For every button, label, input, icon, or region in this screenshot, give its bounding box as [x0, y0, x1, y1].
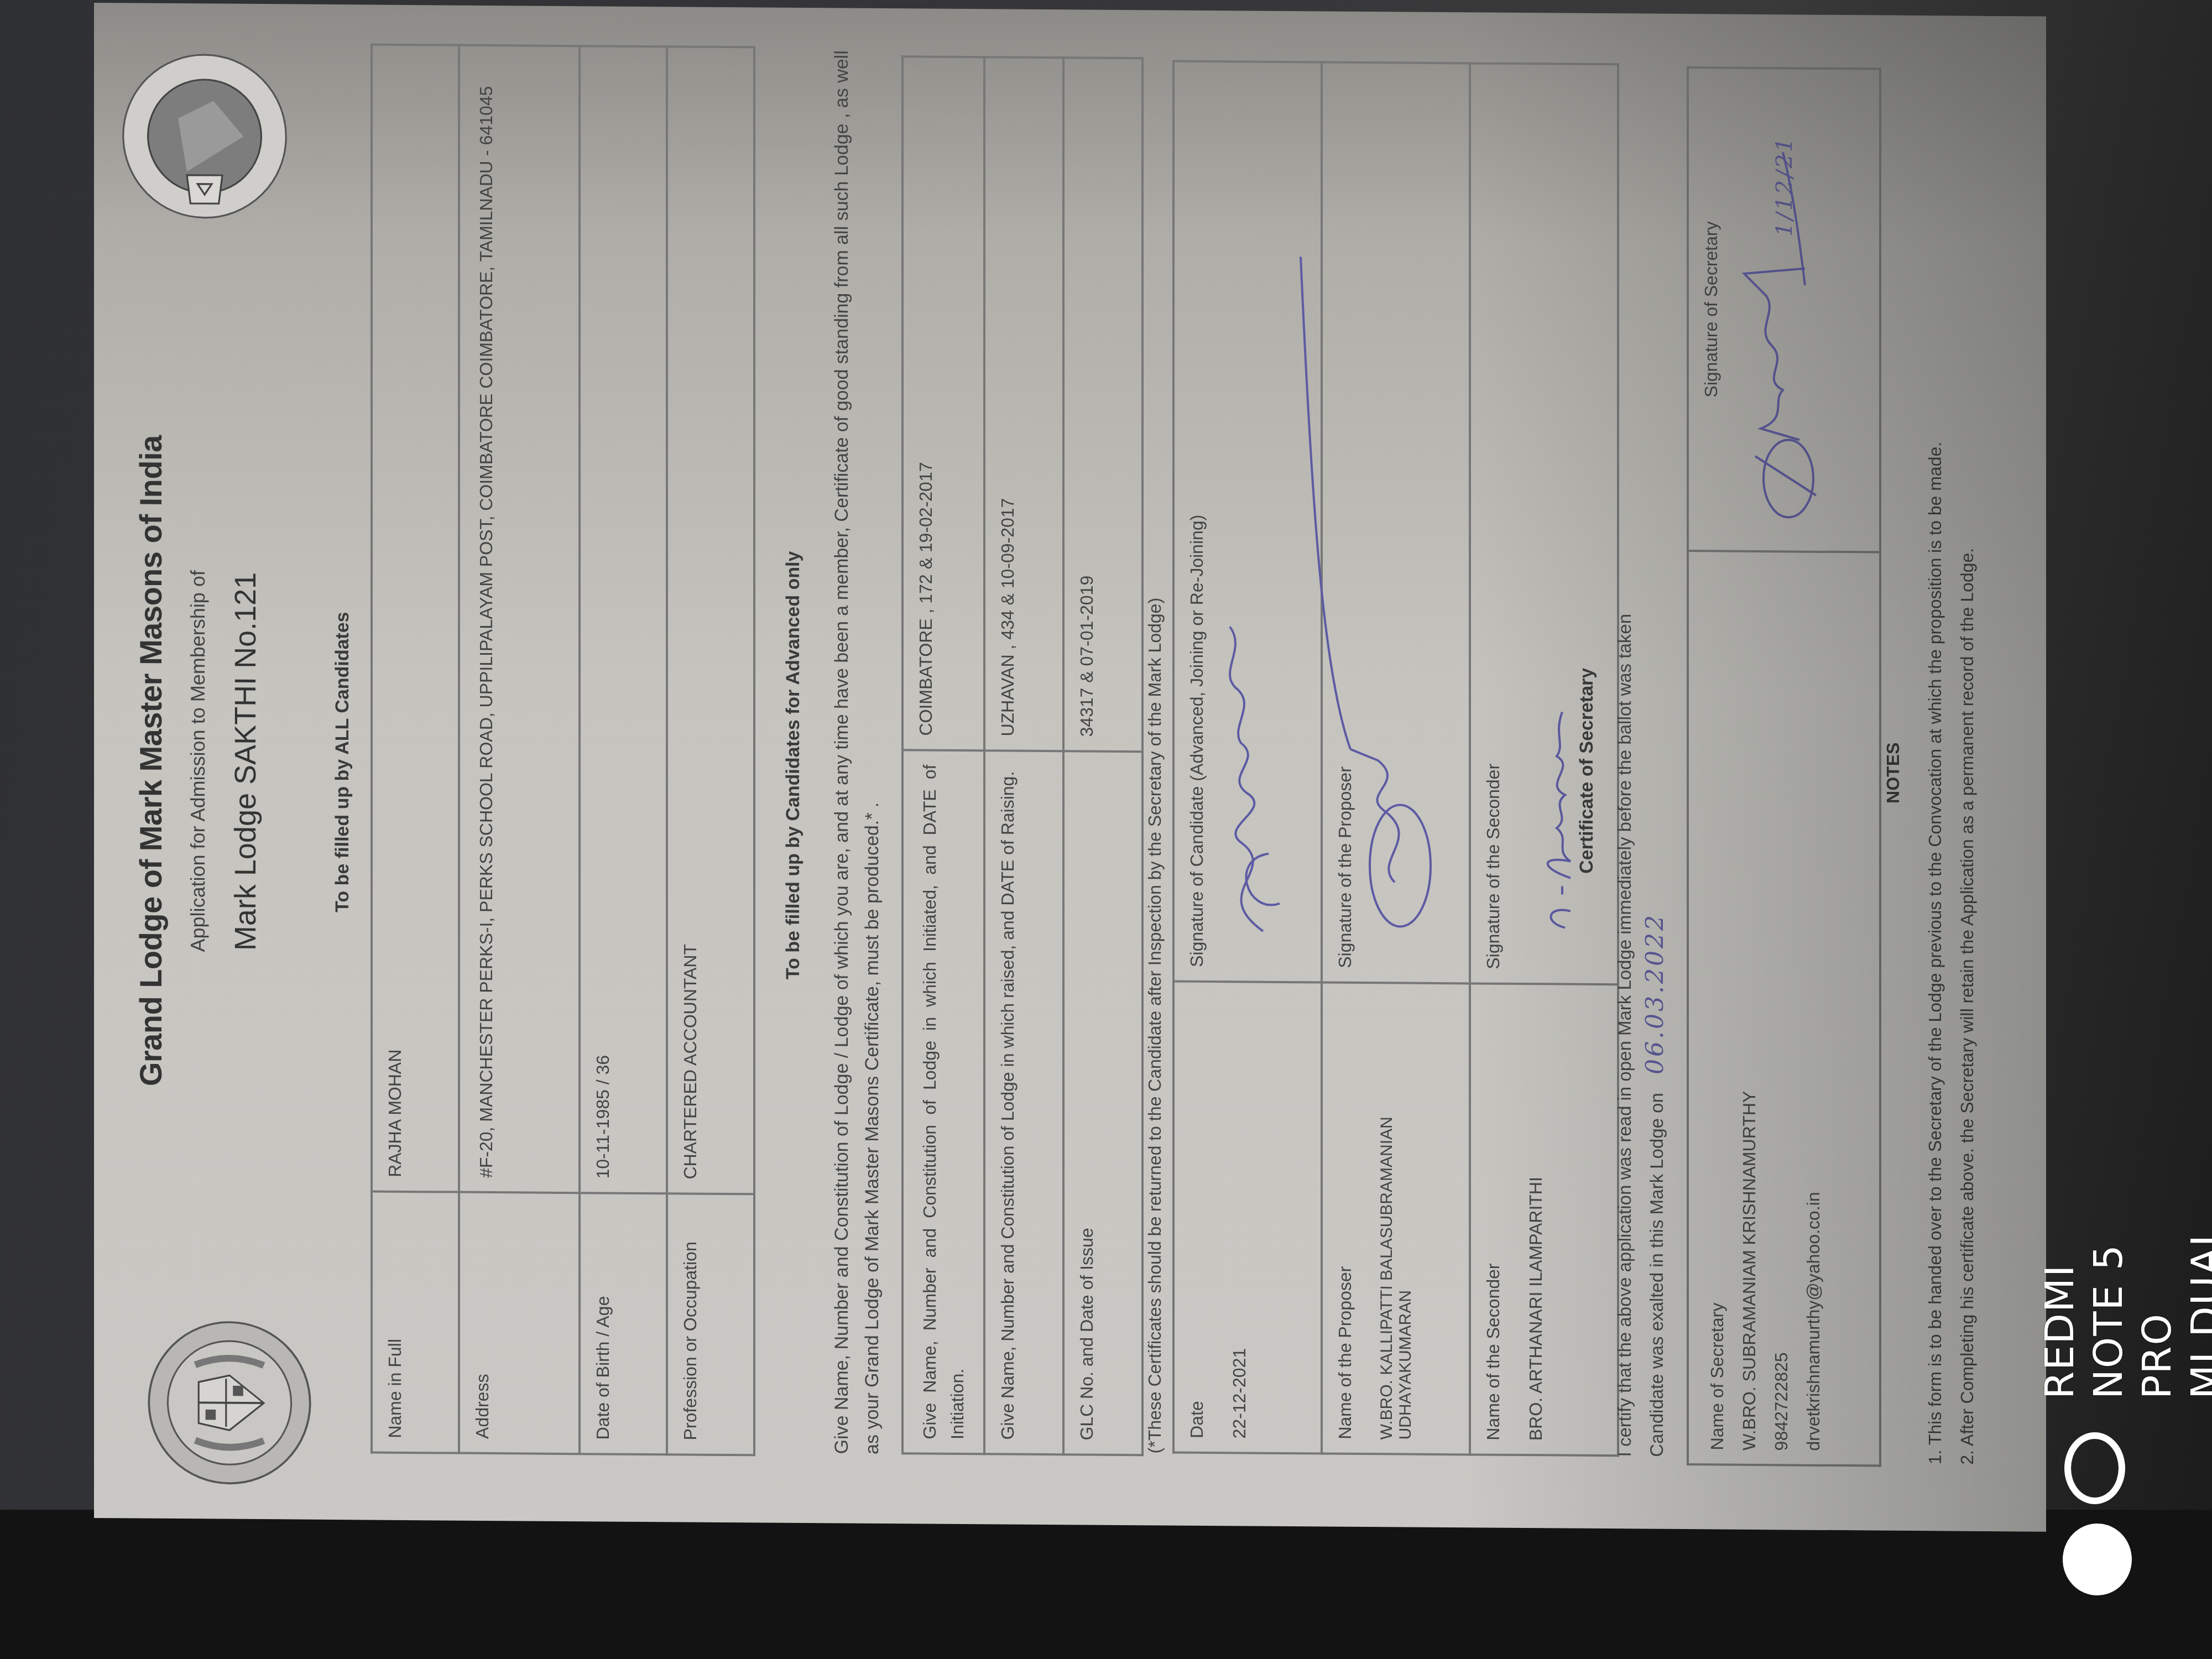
- seconder-name-field[interactable]: BRO. ARTHANARI ILAMPARITHI: [1526, 998, 1546, 1441]
- secretary-signature-date: 1/12/21: [1772, 135, 1797, 237]
- address-field[interactable]: #F-20, MANCHESTER PERKS-I, PERKS SCHOOL …: [459, 45, 580, 1193]
- table-row: Name of the Proposer W.BRO. KALLIPATTI B…: [1322, 62, 1470, 1454]
- raising-label: Give Name, Number and Constitution of Lo…: [984, 750, 1063, 1454]
- profession-label: Profession or Occupation: [667, 1193, 754, 1455]
- candidate-details-table: Name in Full RAJHA MOHAN Address #F-20, …: [371, 43, 755, 1456]
- secretary-certificate-heading: Certificate of Secretary: [1576, 13, 1598, 1528]
- watermark-dot-icon: [2063, 1524, 2132, 1595]
- table-row: GLC No. and Date of Issue 34317 & 07-01-…: [1063, 58, 1142, 1455]
- lodge-name: Mark Lodge SAKTHI No.121: [228, 4, 263, 1519]
- seconder-signature-label: Signature of the Seconder: [1483, 764, 1503, 969]
- raising-field[interactable]: UZHAVAN , 434 & 10-09-2017: [984, 57, 1063, 751]
- date-label: Date: [1187, 1401, 1207, 1438]
- initiation-label: Give Name, Number and Constitution of Lo…: [902, 750, 984, 1454]
- name-label: Name in Full: [372, 1192, 459, 1453]
- glc-label: GLC No. and Date of Issue: [1063, 751, 1142, 1455]
- certificate-line-1: I certify that the above application was…: [1609, 58, 1640, 1457]
- secretary-name-label: Name of Secretary: [1701, 565, 1733, 1450]
- note-item: 1. This form is to be handed over to the…: [1919, 38, 1951, 1464]
- table-row: Give Name, Number and Constitution of Lo…: [984, 57, 1063, 1454]
- table-row: Name of Secretary W.BRO. SUBRAMANIAM KRI…: [1688, 67, 1880, 1465]
- table-row: Date of Birth / Age 10-11-1985 / 36: [580, 46, 667, 1454]
- secretary-certificate-text: I certify that the above application was…: [1609, 58, 1672, 1457]
- proposer-name-field[interactable]: W.BRO. KALLIPATTI BALASUBRAMANIAN UDHAYA…: [1378, 997, 1415, 1439]
- proposer-label: Name of the Proposer: [1335, 1266, 1355, 1439]
- seconder-label: Name of the Seconder: [1483, 1263, 1503, 1440]
- organization-title: Grand Lodge of Mark Master Masons of Ind…: [133, 3, 169, 1518]
- name-field[interactable]: RAJHA MOHAN: [372, 45, 459, 1192]
- all-candidates-heading: To be filled up by ALL Candidates: [332, 4, 353, 1520]
- secretary-signature-label: Signature of Secretary: [1701, 221, 1721, 398]
- application-form-page: Grand Lodge of Mark Master Masons of Ind…: [94, 3, 2046, 1532]
- date-field[interactable]: 22-12-2021: [1229, 996, 1250, 1438]
- proposer-signature-ink: [1290, 229, 1450, 949]
- table-row: Name in Full RAJHA MOHAN: [372, 45, 459, 1453]
- form-header: Grand Lodge of Mark Master Masons of Ind…: [133, 3, 263, 1519]
- notes-list: 1. This form is to be handed over to the…: [1919, 38, 1983, 1465]
- watermark-line-1: REDMI NOTE 5 PRO: [2035, 1222, 2181, 1399]
- advanced-instructions: Give Name, Number and Constitution of Lo…: [827, 46, 888, 1454]
- dob-age-field[interactable]: 10-11-1985 / 36: [580, 46, 667, 1193]
- proposer-signature-cell[interactable]: Signature of the Proposer: [1322, 62, 1470, 983]
- background-shadow: [0, 1510, 2212, 1659]
- signatures-table: Date 22-12-2021 Signature of Candidate (…: [1172, 60, 1619, 1457]
- table-row: Address #F-20, MANCHESTER PERKS-I, PERKS…: [459, 45, 580, 1454]
- table-row: Profession or Occupation CHARTERED ACCOU…: [667, 46, 754, 1455]
- certificate-line-2: Candidate was exalted in this Mark Lodge…: [1646, 1093, 1667, 1457]
- dob-age-label: Date of Birth / Age: [580, 1193, 667, 1454]
- secretary-name-field[interactable]: W.BRO. SUBRAMANIAM KRISHNAMURTHY: [1733, 566, 1765, 1451]
- candidate-signature-ink: [1197, 549, 1291, 937]
- address-label: Address: [459, 1192, 580, 1454]
- secretary-phone-field[interactable]: 9842722825: [1765, 566, 1797, 1451]
- camera-watermark: REDMI NOTE 5 PRO MI DUAL CAMERA: [2035, 1222, 2212, 1399]
- note-item: 2. After Completing his certificate abov…: [1951, 38, 1983, 1464]
- advanced-section-heading: To be filled up by Candidates for Advanc…: [782, 8, 804, 1523]
- watermark-line-2: MI DUAL CAMERA: [2181, 1222, 2212, 1399]
- form-subtitle: Application for Admission to Membership …: [186, 3, 210, 1519]
- glc-field[interactable]: 34317 & 07-01-2019: [1063, 58, 1142, 752]
- lodge-history-table: Give Name, Number and Constitution of Lo…: [901, 55, 1144, 1456]
- exaltation-date-field[interactable]: 06.03.2022: [1641, 913, 1669, 1074]
- table-row: Give Name, Number and Constitution of Lo…: [902, 56, 984, 1454]
- profession-field[interactable]: CHARTERED ACCOUNTANT: [667, 46, 754, 1194]
- notes-heading: NOTES: [1883, 15, 1903, 1531]
- secretary-signature-cell[interactable]: Signature of Secretary 1/12/21: [1688, 67, 1880, 552]
- secretary-table: Name of Secretary W.BRO. SUBRAMANIAM KRI…: [1687, 66, 1881, 1467]
- secretary-email-field[interactable]: drvetkrishnamurthy@yahoo.co.in: [1797, 566, 1829, 1451]
- watermark-ring-icon: [2064, 1432, 2125, 1504]
- certificates-note: (*These Certificates should be returned …: [1145, 598, 1165, 1454]
- initiation-field[interactable]: COIMBATORE , 172 & 19-02-2017: [902, 56, 984, 750]
